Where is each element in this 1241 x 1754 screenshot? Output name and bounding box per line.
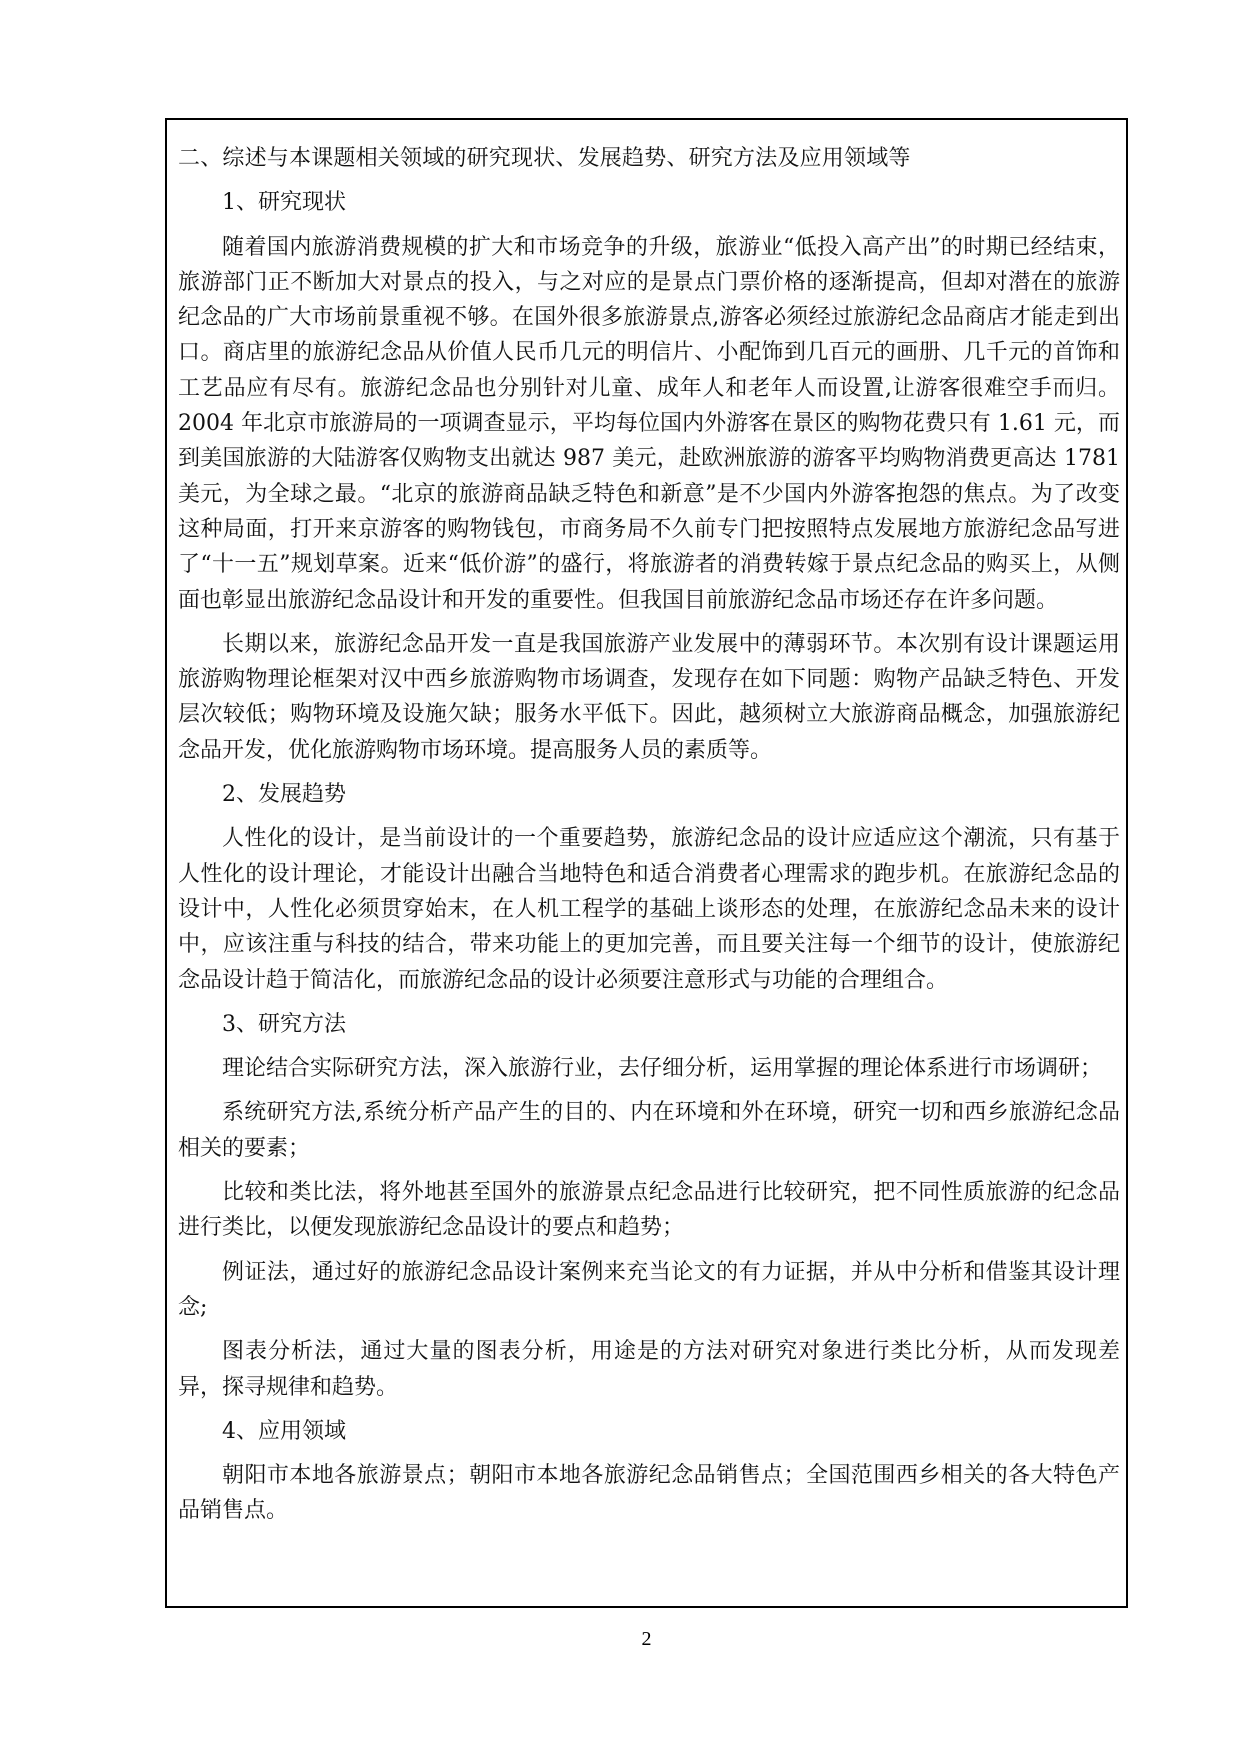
section-title: 二、综述与本课题相关领域的研究现状、发展趋势、研究方法及应用领域等: [178, 141, 1120, 176]
subsection-heading-research-methods: 3、研究方法: [178, 1007, 1120, 1042]
subsection-heading-research-status: 1、研究现状: [178, 185, 1120, 220]
paragraph: 随着国内旅游消费规模的扩大和市场竞争的升级，旅游业“低投入高产出”的时期已经结束…: [178, 230, 1120, 618]
paragraph: 比较和类比法，将外地甚至国外的旅游景点纪念品进行比较研究，把不同性质旅游的纪念品…: [178, 1175, 1120, 1246]
page-number: 2: [0, 1628, 1241, 1651]
subsection-heading-application-fields: 4、应用领域: [178, 1414, 1120, 1449]
subsection-heading-development-trend: 2、发展趋势: [178, 777, 1120, 812]
paragraph: 系统研究方法,系统分析产品产生的目的、内在环境和外在环境，研究一切和西乡旅游纪念…: [178, 1095, 1120, 1166]
form-table-cell: 二、综述与本课题相关领域的研究现状、发展趋势、研究方法及应用领域等 1、研究现状…: [165, 118, 1128, 1608]
paragraph: 人性化的设计，是当前设计的一个重要趋势，旅游纪念品的设计应适应这个潮流，只有基于…: [178, 821, 1120, 997]
cell-content: 二、综述与本课题相关领域的研究现状、发展趋势、研究方法及应用领域等 1、研究现状…: [178, 141, 1120, 1538]
paragraph: 朝阳市本地各旅游景点；朝阳市本地各旅游纪念品销售点；全国范围西乡相关的各大特色产…: [178, 1458, 1120, 1529]
paragraph: 图表分析法，通过大量的图表分析，用途是的方法对研究对象进行类比分析，从而发现差异…: [178, 1334, 1120, 1405]
paragraph: 理论结合实际研究方法，深入旅游行业，去仔细分析，运用掌握的理论体系进行市场调研；: [178, 1051, 1120, 1086]
paragraph: 例证法，通过好的旅游纪念品设计案例来充当论文的有力证据，并从中分析和借鉴其设计理…: [178, 1255, 1120, 1326]
paragraph: 长期以来，旅游纪念品开发一直是我国旅游产业发展中的薄弱环节。本次别有设计课题运用…: [178, 627, 1120, 768]
